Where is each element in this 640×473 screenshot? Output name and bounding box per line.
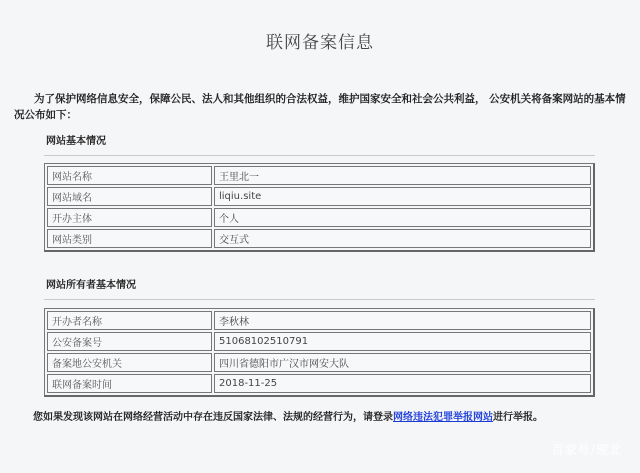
owner-info-table: 开办者名称 李秋林 公安备案号 51068102510791 备案地公安机关 四… [44, 308, 595, 397]
row-label: 公安备案号 [47, 332, 212, 351]
intro-paragraph: 为了保护网络信息安全，保障公民、法人和其他组织的合法权益，维护国家安全和社会公共… [14, 91, 626, 123]
row-value: liqiu.site [214, 187, 591, 206]
row-value: 个人 [214, 208, 591, 227]
table-row: 开办主体 个人 [47, 208, 591, 227]
row-label: 联网备案时间 [47, 374, 212, 393]
divider [44, 155, 595, 156]
website-info-table: 网站名称 王里北一 网站域名 liqiu.site 开办主体 个人 网站类别 交… [44, 163, 595, 252]
report-notice-text-end: 进行举报。 [493, 412, 543, 423]
row-value: 交互式 [214, 229, 591, 248]
watermark: 百家号/理北 [552, 441, 622, 458]
report-site-link[interactable]: 网络违法犯罪举报网站 [393, 412, 493, 423]
row-value: 四川省德阳市广汉市网安大队 [214, 353, 591, 372]
table-row: 网站名称 王里北一 [47, 166, 591, 185]
row-label: 网站名称 [47, 166, 212, 185]
table-row: 网站类别 交互式 [47, 229, 591, 248]
divider [44, 299, 595, 300]
table-row: 公安备案号 51068102510791 [47, 332, 591, 351]
row-value: 李秋林 [214, 311, 591, 330]
table-row: 网站域名 liqiu.site [47, 187, 591, 206]
row-value: 2018-11-25 [214, 374, 591, 393]
report-notice: 您如果发现该网站在网络经营活动中存在违反国家法律、法规的经营行为，请登录网络违法… [33, 408, 543, 423]
row-value: 王里北一 [214, 166, 591, 185]
row-label: 网站域名 [47, 187, 212, 206]
section-title-website-info: 网站基本情况 [46, 132, 106, 147]
section-title-owner-info: 网站所有者基本情况 [46, 276, 136, 291]
row-value: 51068102510791 [214, 332, 591, 351]
row-label: 开办者名称 [47, 311, 212, 330]
table-row: 联网备案时间 2018-11-25 [47, 374, 591, 393]
row-label: 网站类别 [47, 229, 212, 248]
row-label: 开办主体 [47, 208, 212, 227]
report-notice-text: 您如果发现该网站在网络经营活动中存在违反国家法律、法规的经营行为，请登录 [33, 412, 393, 423]
table-row: 备案地公安机关 四川省德阳市广汉市网安大队 [47, 353, 591, 372]
row-label: 备案地公安机关 [47, 353, 212, 372]
page-title: 联网备案信息 [0, 28, 640, 53]
table-row: 开办者名称 李秋林 [47, 311, 591, 330]
